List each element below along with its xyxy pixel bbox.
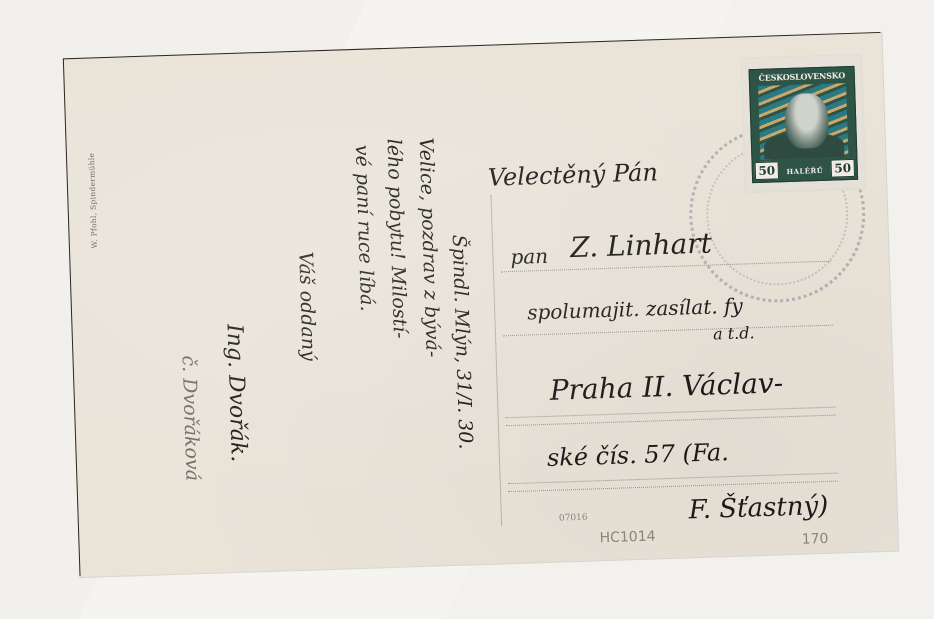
message-line: lého pobytu! Milostí- [383, 138, 411, 339]
address-street-number: ské čís. 57 (Fa. [547, 438, 730, 472]
stamp-currency: HALÉŘŮ [779, 165, 831, 179]
address-name: Z. Linhart [570, 227, 713, 265]
printed-code: 07016 [559, 513, 588, 524]
message-signature: Ing. Dvořák. [221, 324, 250, 463]
stamp-frame: ČESKOSLOVENSKO 50 HALÉŘŮ 50 [749, 66, 859, 183]
stamp-country: ČESKOSLOVENSKO [750, 69, 854, 84]
stamp-value-left: 50 [755, 161, 780, 180]
address-suffix: a t.d. [713, 323, 755, 343]
address-prefix: pan [510, 244, 548, 269]
message-signature-second: č. Dvořáková [177, 355, 203, 481]
pencil-catalog-code: HC1014 [599, 528, 655, 546]
message-signoff: Váš oddaný [294, 251, 320, 361]
postcard-back: W. Pfohl, Spindermühle ČESKOSLOVENSKO 50… [64, 33, 898, 577]
message-line: Velice, pozdrav z bývá- [415, 137, 444, 357]
address-city-street: Praha II. Václav- [549, 366, 783, 407]
message-line: vé paní ruce líbá. [351, 144, 378, 311]
stamp-value-right: 50 [830, 159, 855, 178]
stamp-portrait-icon [758, 83, 848, 160]
message-place-date: Špindl. Mlýn, 31/I. 30. [448, 234, 477, 449]
pencil-price: 170 [801, 531, 828, 548]
address-line [503, 325, 833, 337]
address-salutation: Velectěný Pán [487, 158, 658, 191]
address-firm: F. Šťastný) [688, 491, 829, 525]
address-company: spolumajit. zasílat. fy [527, 294, 743, 325]
portrait-head [785, 93, 829, 149]
center-divider [490, 196, 502, 526]
publisher-imprint: W. Pfohl, Spindermühle [87, 153, 99, 249]
postage-stamp: ČESKOSLOVENSKO 50 HALÉŘŮ 50 [742, 56, 864, 192]
